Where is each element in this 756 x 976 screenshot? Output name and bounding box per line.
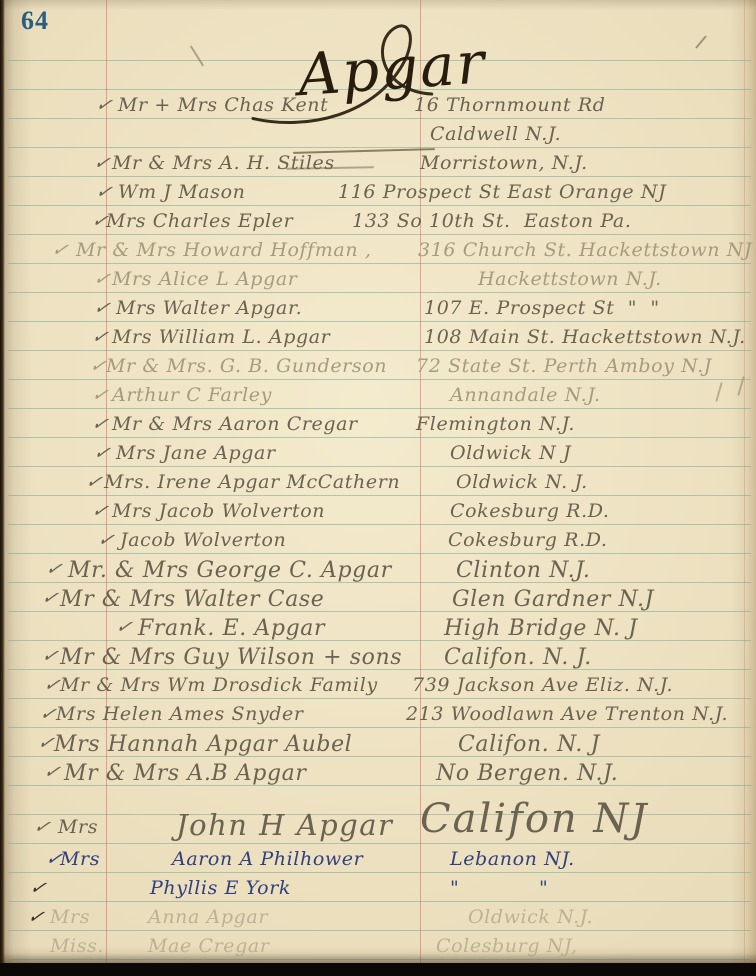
row-address: Califon. N. J. — [444, 645, 592, 670]
row-name: Wm J Mason — [118, 181, 245, 203]
row-address: High Bridge N. J — [444, 616, 638, 641]
row-address: Caldwell N.J. — [430, 123, 561, 145]
checkmark: ✓ — [95, 528, 116, 551]
checkmark: ✓ — [27, 876, 48, 899]
checkmark: ✓ — [89, 499, 110, 522]
row-address: 16 Thornmount Rd — [414, 94, 606, 116]
row-address: 739 Jackson Ave Eliz. N.J. — [412, 674, 673, 696]
row-name: Mrs Hannah Apgar Aubel — [54, 732, 352, 757]
row-name: Mr & Mrs. G. B. Gunderson — [106, 355, 387, 377]
row-prefix: Mrs — [58, 816, 98, 838]
row-name: Mr & Mrs Walter Case — [60, 587, 324, 612]
pencil-mark — [695, 35, 707, 49]
checkmark: ✓ — [25, 905, 46, 928]
row-address: 72 State St. Perth Amboy N.J — [416, 355, 712, 377]
checkmark: ✓ — [113, 615, 134, 638]
scan-edge — [0, 963, 756, 976]
row-name: Mrs Helen Ames Snyder — [56, 703, 304, 725]
row-address: Califon NJ — [420, 796, 648, 842]
row-address: Cokesburg R.D. — [448, 529, 608, 551]
row-address: 107 E. Prospect St " " — [424, 297, 660, 319]
checkmark: ✓ — [39, 644, 60, 667]
checkmark: ✓ — [89, 383, 110, 406]
row-address: 316 Church St. Hackettstown NJ — [418, 239, 752, 261]
row-prefix: Mrs — [60, 848, 100, 870]
row-name: Phyllis E York — [150, 877, 291, 899]
row-name: Mrs. Irene Apgar McCathern — [104, 471, 400, 493]
row-name: Aaron A Philhower — [172, 848, 363, 870]
row-address: Flemington N.J. — [416, 413, 575, 435]
row-address: Morristown, N.J. — [420, 152, 588, 174]
row-address: Oldwick N. J. — [456, 471, 588, 493]
row-name: Mrs William L. Apgar — [112, 326, 330, 348]
row-address: 116 Prospect St East Orange NJ — [338, 181, 666, 203]
row-name: Mr + Mrs Chas Kent — [118, 94, 328, 116]
bottom-shadow — [0, 953, 756, 963]
row-address: Clinton N.J. — [456, 558, 590, 583]
checkmark: ✓ — [89, 412, 110, 435]
row-name: Mrs Alice L Apgar — [112, 268, 297, 290]
row-name: Frank. E. Apgar — [138, 616, 325, 641]
row-name: Mr & Mrs Howard Hoffman , — [76, 239, 371, 261]
row-address: Califon. N. J — [458, 732, 600, 757]
row-name: Jacob Wolverton — [120, 529, 286, 551]
row-prefix: Mrs — [50, 906, 90, 928]
pencil-mark — [190, 45, 204, 66]
checkmark: ✓ — [41, 760, 62, 783]
checkmark: ✓ — [93, 93, 114, 116]
checkmark: ✓ — [93, 180, 114, 203]
row-address: Oldwick N.J. — [468, 906, 593, 928]
row-name: Mr & Mrs A. H. Stiles — [112, 152, 335, 174]
row-name: Mrs Walter Apgar. — [116, 297, 302, 319]
row-address: Cokesburg R.D. — [450, 500, 610, 522]
checkmark: ✓ — [91, 151, 112, 174]
row-name: Mrs Jane Apgar — [116, 442, 276, 464]
row-address: Hackettstown N.J. — [478, 268, 662, 290]
row-address: Lebanon NJ. — [450, 848, 575, 870]
row-name: Mrs Jacob Wolverton — [112, 500, 325, 522]
checkmark: ✓ — [91, 296, 112, 319]
row-name: Mr & Mrs Aaron Cregar — [112, 413, 358, 435]
row-address: 133 So 10th St. Easton Pa. — [352, 210, 631, 232]
checkmark: ✓ — [43, 557, 64, 580]
row-name: Mr & Mrs Wm Drosdick Family — [60, 674, 378, 696]
row-address: 108 Main St. Hackettstown N.J. — [424, 326, 746, 348]
checkmark: ✓ — [91, 267, 112, 290]
ledger-row: ✓ Mr & Mrs A.B Apgar No Bergen. N.J. — [0, 761, 756, 795]
page-number: 64 — [21, 6, 49, 36]
checkmark: ✓ — [89, 325, 110, 348]
checkmark: ✓ — [31, 815, 52, 838]
checkmark: ✓ — [49, 238, 70, 261]
row-name: Mrs Charles Epler — [106, 210, 293, 232]
row-address: Glen Gardner N.J — [452, 587, 654, 612]
row-address: Oldwick N J — [450, 442, 571, 464]
row-address: Annandale N.J. — [450, 384, 601, 406]
row-name: Mr & Mrs Guy Wilson + sons — [60, 645, 402, 670]
checkmark: ✓ — [39, 586, 60, 609]
row-address: No Bergen. N.J. — [436, 761, 618, 786]
row-name: Mr & Mrs A.B Apgar — [64, 761, 306, 786]
ledger-page: 64 Apgar ✓ Mr + Mrs Chas Kent 16 Thornmo… — [0, 0, 756, 976]
row-name: Arthur C Farley — [112, 384, 272, 406]
row-name: Anna Apgar — [148, 906, 268, 928]
checkmark: ✓ — [83, 470, 104, 493]
row-address: 213 Woodlawn Ave Trenton N.J. — [406, 703, 728, 725]
checkmark: ✓ — [91, 441, 112, 464]
row-name: John H Apgar — [176, 808, 393, 842]
row-name: Mr. & Mrs George C. Apgar — [68, 558, 392, 583]
row-address: " " — [450, 877, 548, 899]
